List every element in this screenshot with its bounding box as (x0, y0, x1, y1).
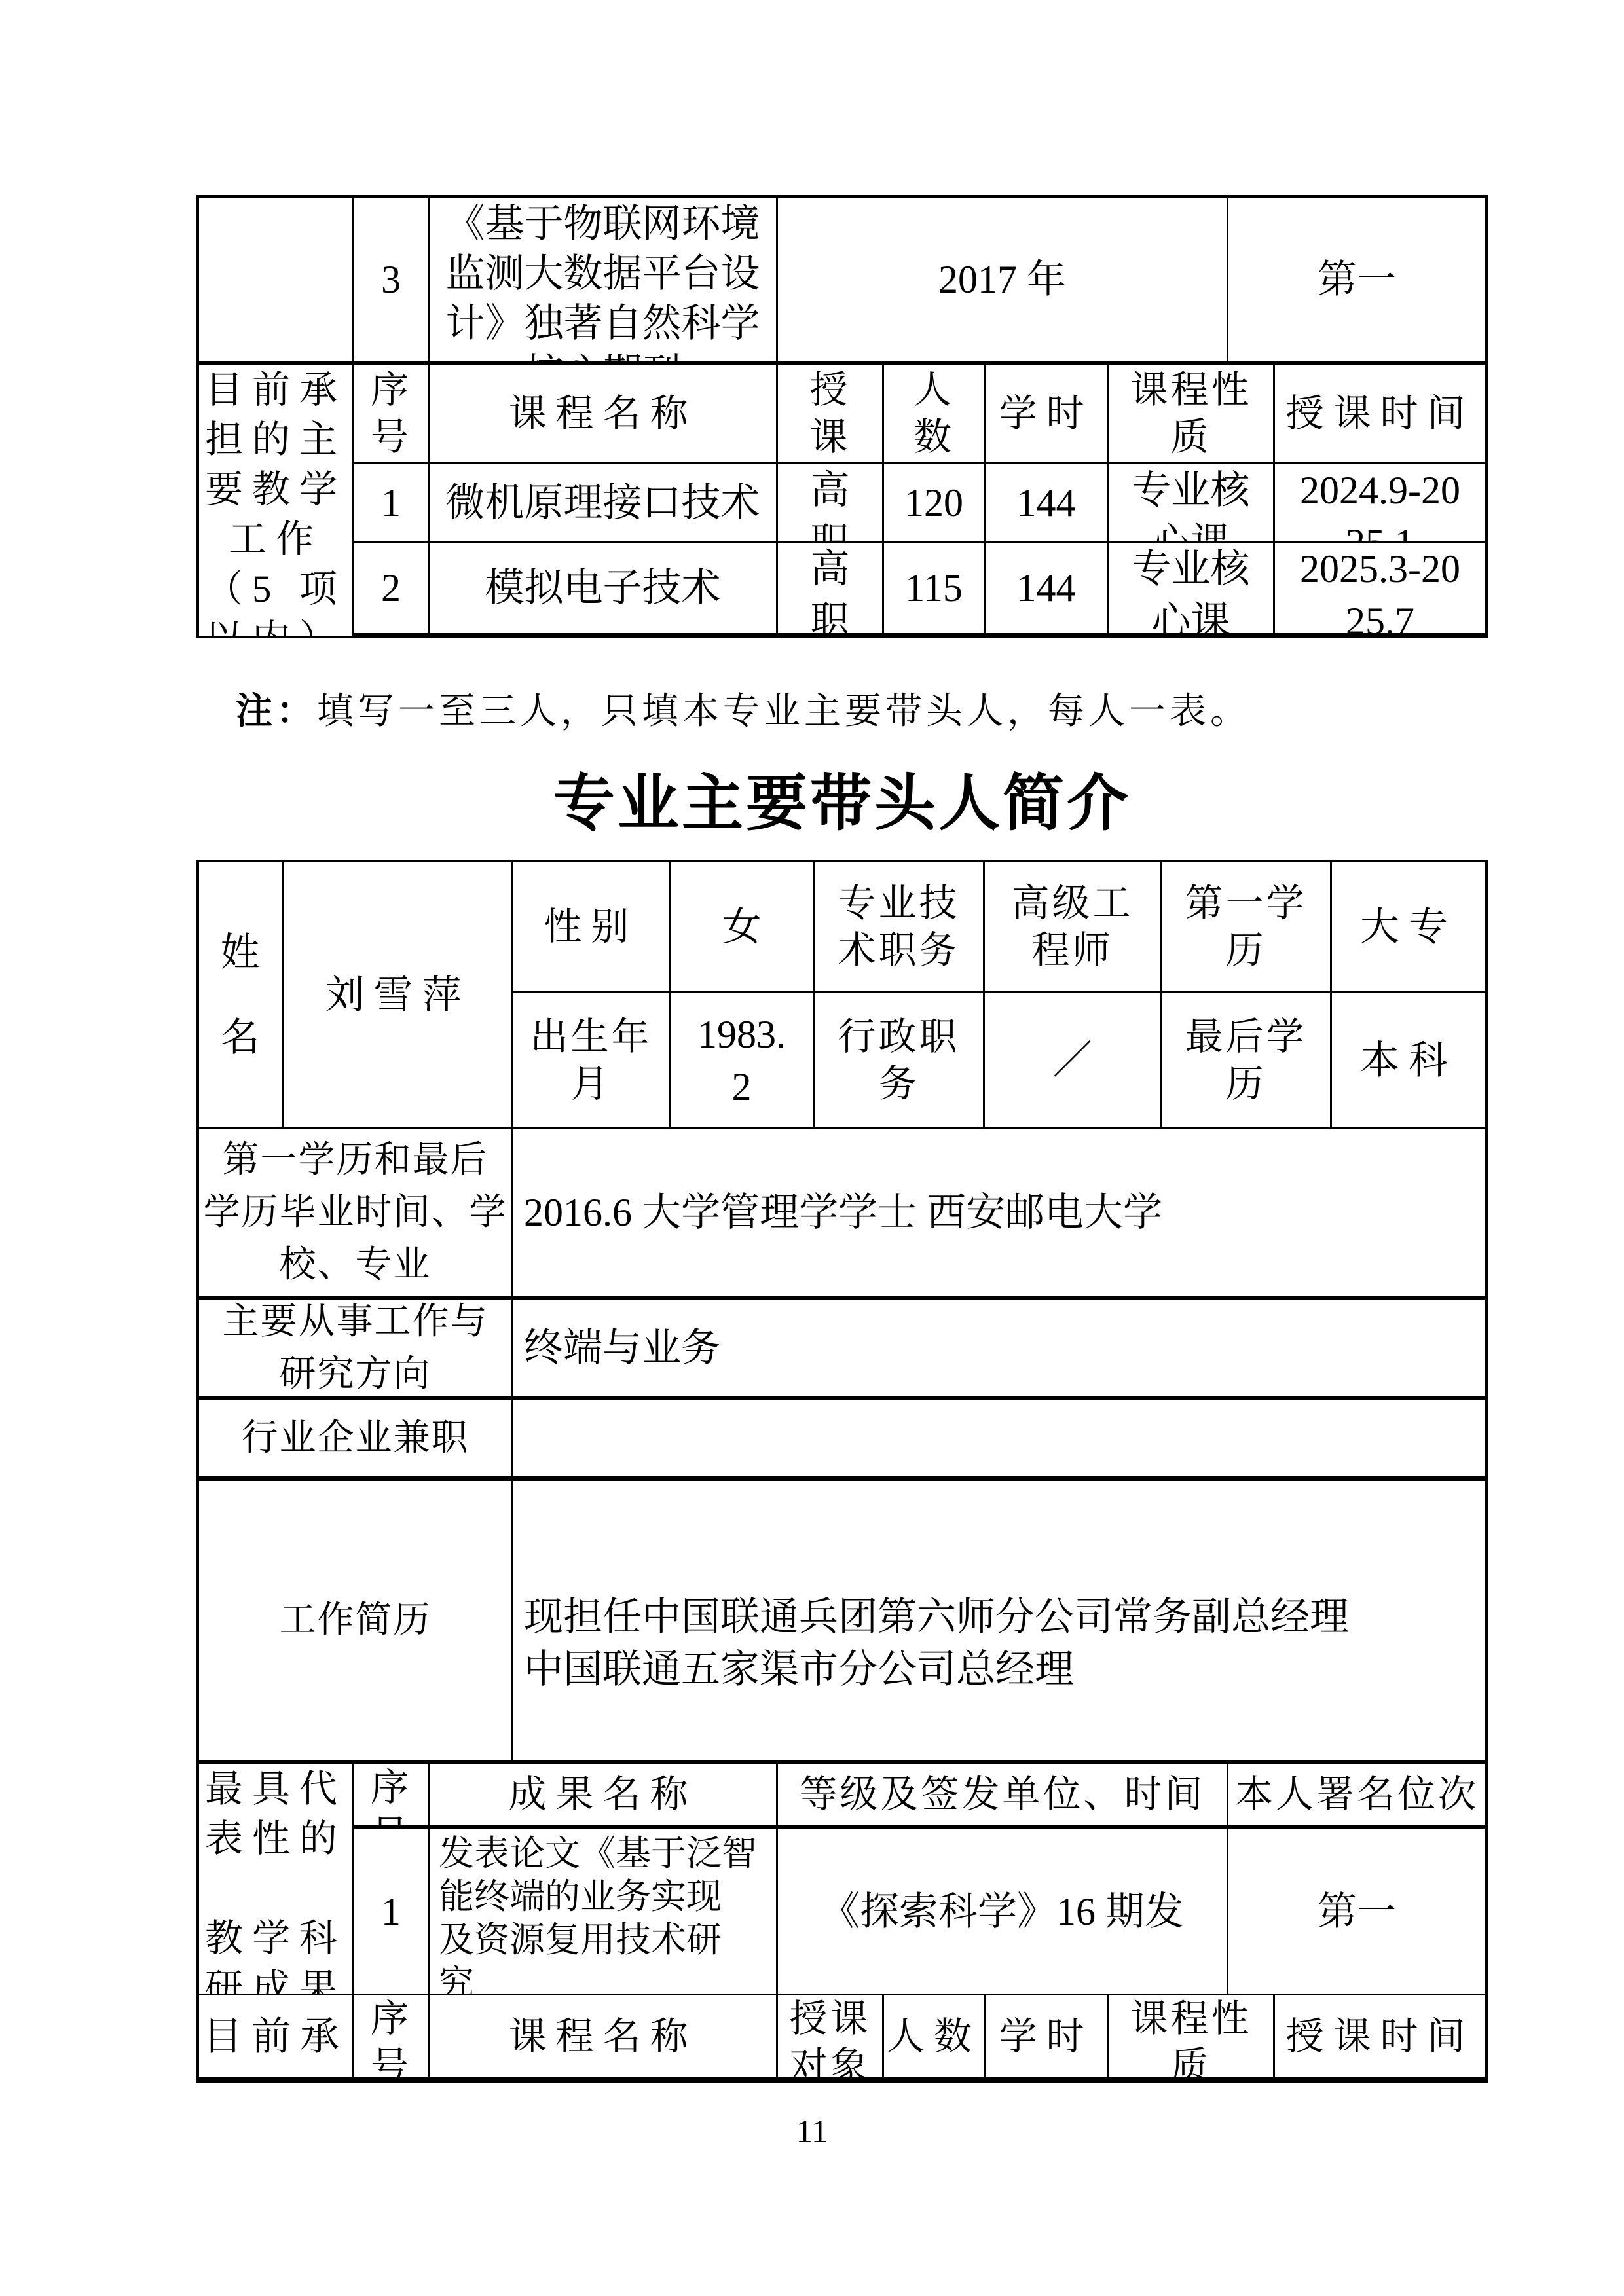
admin-post-value: ／ (985, 993, 1162, 1129)
prof-title-label: 专业技 术职务 (815, 862, 985, 993)
next-header-nature: 课程性 质 (1109, 1995, 1275, 2077)
prof-title-value: 高级工 程师 (985, 862, 1162, 993)
course-row-seq: 1 (354, 464, 430, 543)
next-header-time: 授课时间 (1275, 1995, 1485, 2077)
next-header-students: 人数 (884, 1995, 986, 2077)
note-prefix: 注： (236, 691, 317, 732)
teaching-work-table: 3 《基于物联网环境 监测大数据平台设 计》独著自然科学 核心期刊 2017 年… (196, 195, 1488, 638)
birth-label: 出生年 月 (513, 993, 671, 1129)
publication-year: 2017 年 (778, 198, 1228, 365)
achv-header-seq: 序 号 (354, 1764, 430, 1829)
document-page: 3 《基于物联网环境 监测大数据平台设 计》独著自然科学 核心期刊 2017 年… (0, 0, 1624, 2296)
current-teaching-table-partial: 目前承 序 号 课程名称 授课 对象 人数 学时 课程性 质 授课时间 (196, 1995, 1488, 2083)
page-number: 11 (0, 2111, 1624, 2151)
work-resume-label: 工作简历 (199, 1481, 513, 1764)
last-degree-value: 本科 (1332, 993, 1485, 1129)
industry-parttime-value (513, 1400, 1485, 1481)
course-row-students: 115 (884, 543, 986, 638)
achv-row-name: 发表论文《基于泛智 能终端的业务实现 及资源复用技术研 究 (430, 1829, 778, 1995)
course-row-nature: 专业核 心课 (1109, 464, 1275, 543)
name-label: 姓 名 (199, 862, 284, 1129)
col-header-students: 人 数 (884, 365, 986, 464)
last-degree-label: 最后学 历 (1162, 993, 1332, 1129)
course-row-time: 2025.3-20 25.7 (1275, 543, 1485, 638)
col-header-seq: 序 号 (354, 365, 430, 464)
next-header-seq: 序 号 (354, 1995, 430, 2077)
achv-header-grade: 等级及签发单位、时间 (778, 1764, 1228, 1829)
name-value: 刘雪萍 (284, 862, 513, 1129)
course-row-seq: 2 (354, 543, 430, 638)
note-text: 填写一至三人，只填本专业主要带头人，每人一表。 (317, 691, 1251, 732)
course-row-audience: 高 职 (778, 464, 884, 543)
education-history-value: 2016.6 大学管理学学士 西安邮电大学 (513, 1129, 1485, 1300)
col-header-hours: 学时 (986, 365, 1109, 464)
birth-value: 1983. 2 (671, 993, 815, 1129)
leader-profile-table: 姓 名 刘雪萍 性别 女 专业技 术职务 高级工 程师 第一学 历 大专 出生年… (196, 860, 1488, 1764)
course-row-nature: 专业核 心课 (1109, 543, 1275, 638)
research-direction-label: 主要从事工作与 研究方向 (199, 1300, 513, 1400)
publication-seq: 3 (354, 198, 430, 365)
col-header-course: 课程名称 (430, 365, 778, 464)
col-header-time: 授课时间 (1275, 365, 1485, 464)
col-header-nature: 课程性 质 (1109, 365, 1275, 464)
next-header-course: 课程名称 (430, 1995, 778, 2077)
next-header-audience: 授课 对象 (778, 1995, 884, 2077)
achievement-table: 最具代 表性的 教学科 研成果 序 号 成果名称 等级及签发单位、时间 本人署名… (196, 1764, 1488, 1995)
course-row-hours: 144 (986, 464, 1109, 543)
course-row-students: 120 (884, 464, 986, 543)
table-cell-empty (199, 198, 354, 365)
sex-value: 女 (671, 862, 815, 993)
teaching-section-label: 目前承 担的主 要教学 工作 （5 项 以内） (199, 365, 354, 638)
achv-header-rank: 本人署名位次 (1228, 1764, 1485, 1829)
publication-name: 《基于物联网环境 监测大数据平台设 计》独著自然科学 核心期刊 (430, 198, 778, 365)
sex-label: 性别 (513, 862, 671, 993)
industry-parttime-label: 行业企业兼职 (199, 1400, 513, 1481)
research-direction-value: 终端与业务 (513, 1300, 1485, 1400)
achv-row-rank: 第一 (1228, 1829, 1485, 1995)
course-row-time: 2024.9-20 25.1 (1275, 464, 1485, 543)
education-history-label: 第一学历和最后 学历毕业时间、学 校、专业 (199, 1129, 513, 1300)
course-row-hours: 144 (986, 543, 1109, 638)
col-header-audience: 授 课 (778, 365, 884, 464)
admin-post-label: 行政职 务 (815, 993, 985, 1129)
first-degree-value: 大专 (1332, 862, 1485, 993)
achievement-section-label: 最具代 表性的 教学科 研成果 (199, 1764, 354, 1995)
work-resume-value: 现担任中国联通兵团第六师分公司常务副总经理 中国联通五家渠市分公司总经理 (513, 1481, 1485, 1764)
publication-rank: 第一 (1228, 198, 1485, 365)
achv-row-grade: 《探索科学》16 期发 (778, 1829, 1228, 1995)
page-title: 专业主要带头人简介 (196, 765, 1488, 843)
achv-header-name: 成果名称 (430, 1764, 778, 1829)
first-degree-label: 第一学 历 (1162, 862, 1332, 993)
next-header-hours: 学时 (986, 1995, 1109, 2077)
achv-row-seq: 1 (354, 1829, 430, 1995)
course-row-name: 模拟电子技术 (430, 543, 778, 638)
course-row-name: 微机原理接口技术 (430, 464, 778, 543)
note-line: 注：填写一至三人，只填本专业主要带头人，每人一表。 (236, 689, 1251, 735)
course-row-audience: 高 职 (778, 543, 884, 638)
next-section-label: 目前承 (199, 1995, 354, 2077)
